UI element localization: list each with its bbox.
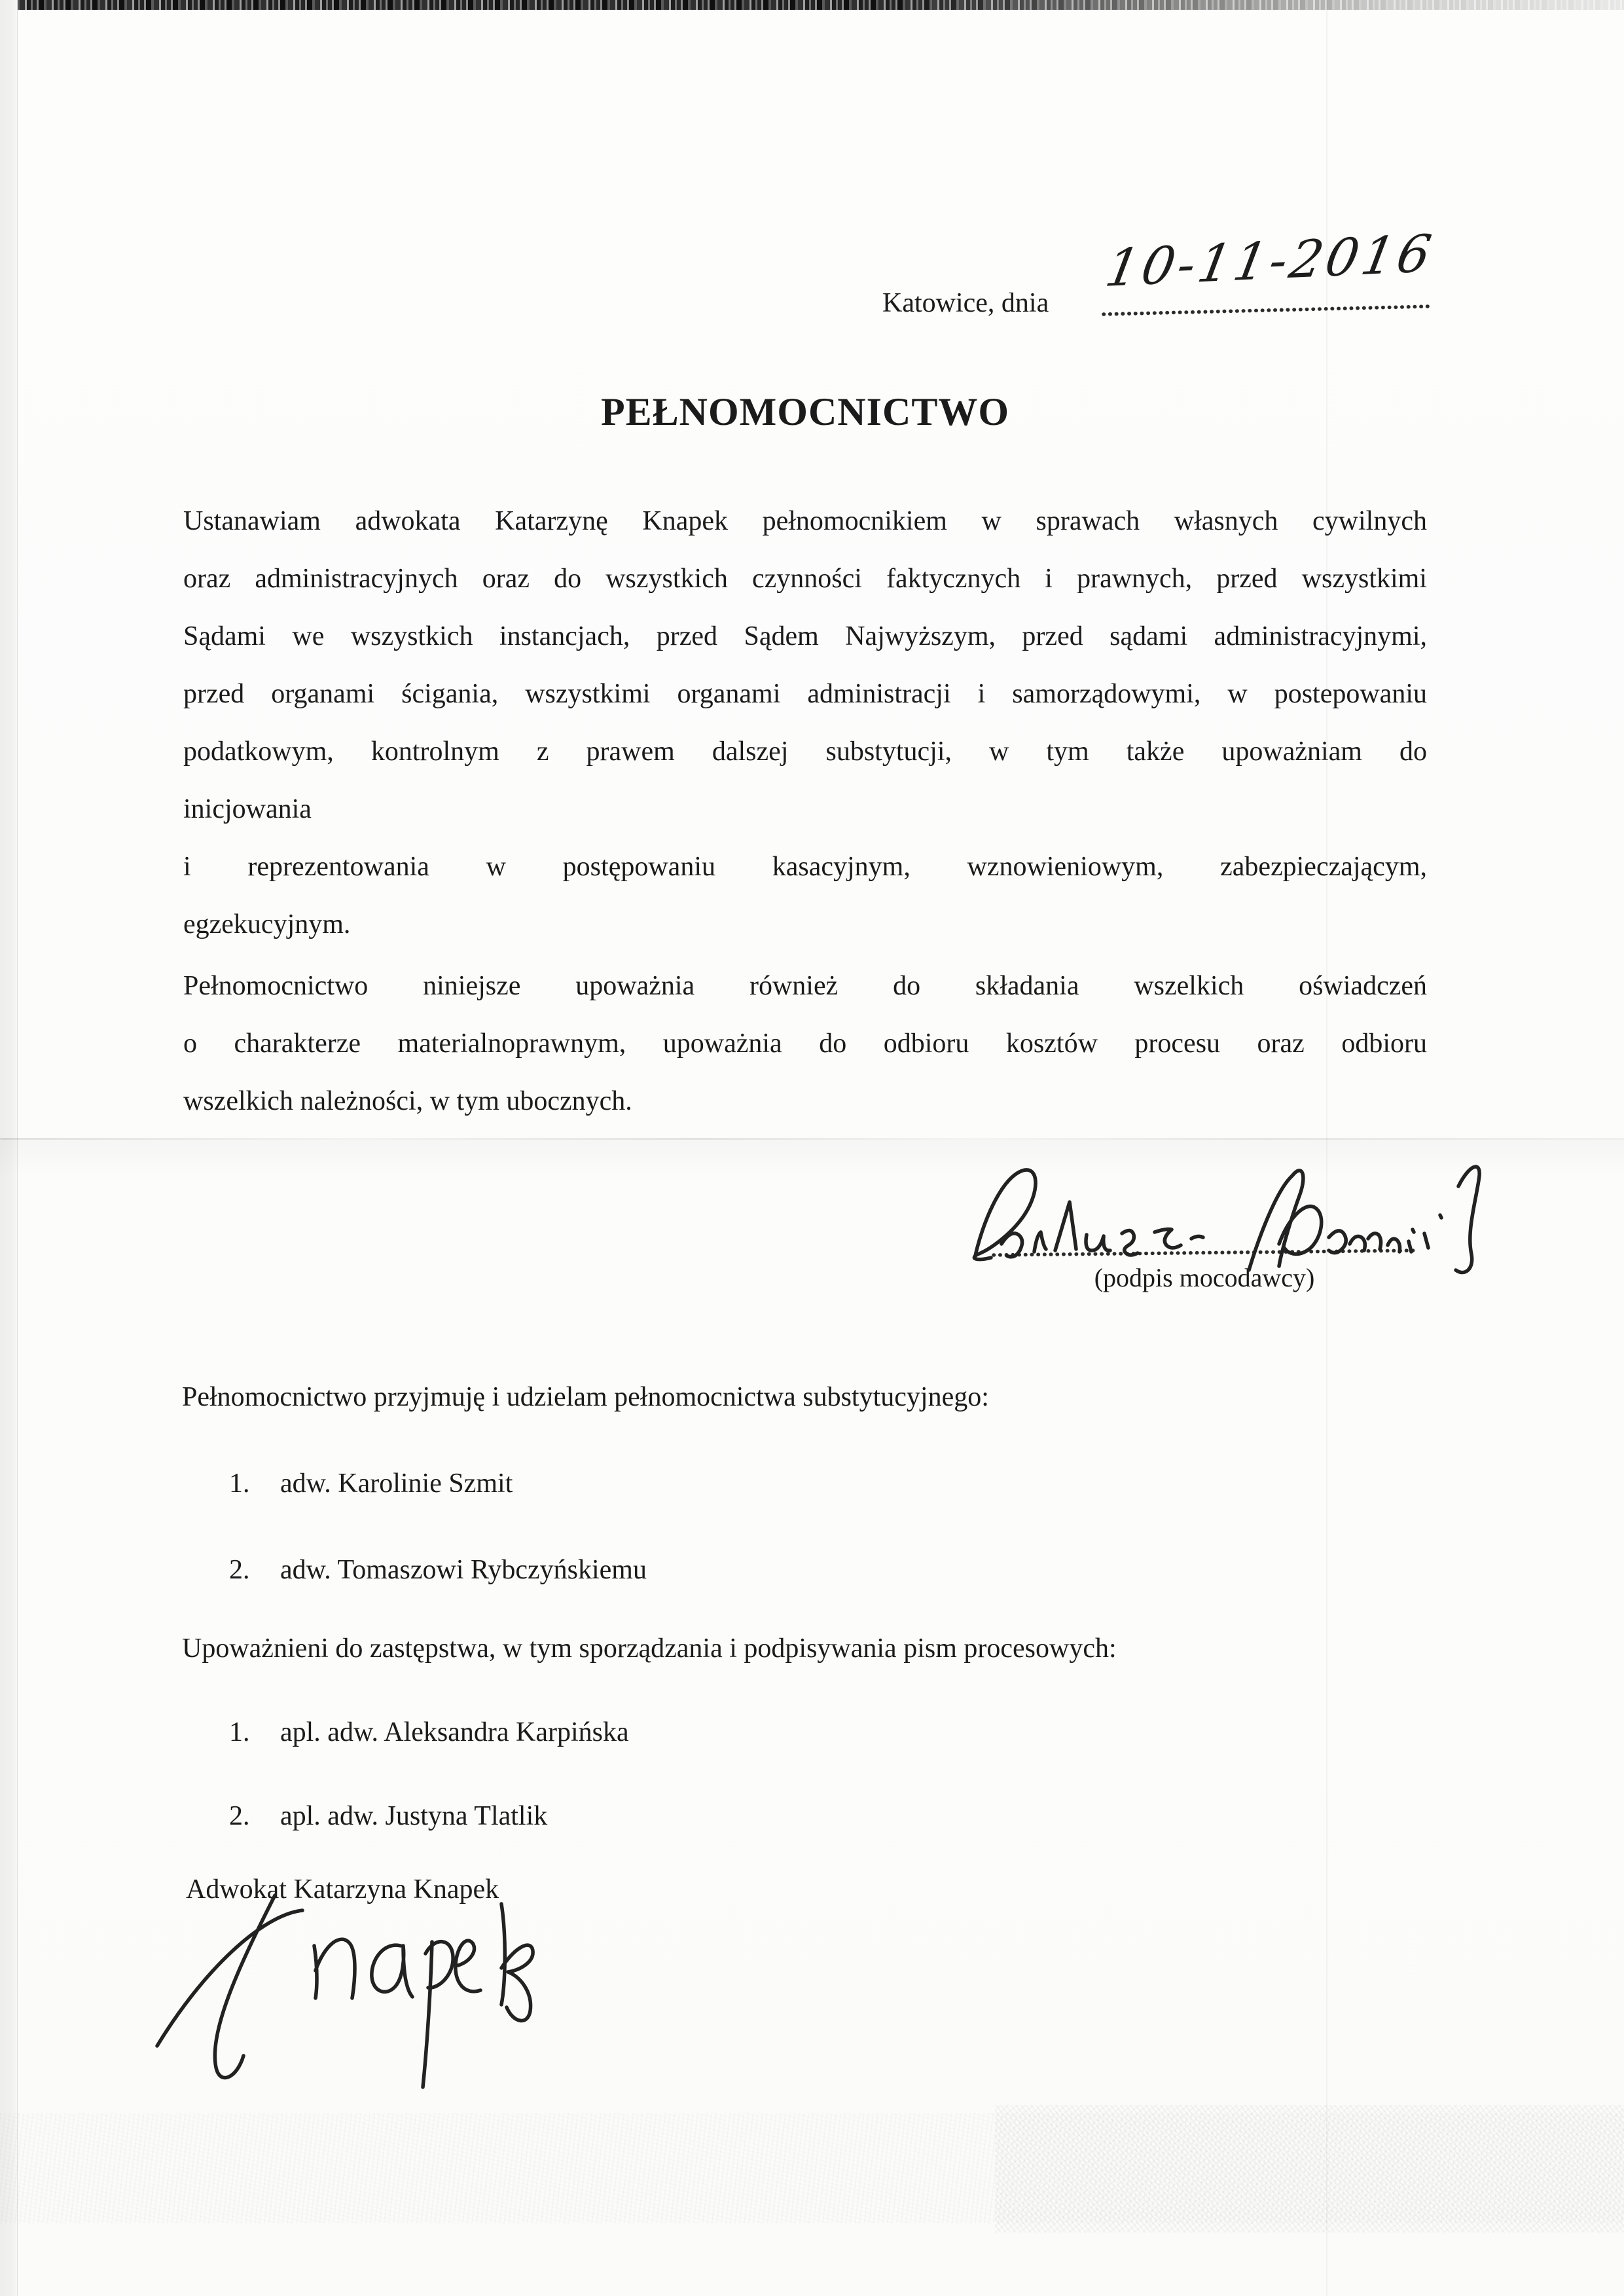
body-line: egzekucyjnym. bbox=[183, 896, 1427, 953]
body-line: o charakterze materialnoprawnym, upoważn… bbox=[183, 1015, 1427, 1072]
body-line: podatkowym, kontrolnym z prawem dalszej … bbox=[183, 723, 1427, 780]
scan-artifact-bottom-noise-right bbox=[995, 2105, 1624, 2232]
list-item-number: 1. bbox=[229, 1467, 280, 1501]
signature-dotted-line bbox=[994, 1250, 1417, 1255]
scanned-document-page: Katowice, dnia 10-11-2016 PEŁNOMOCNICTWO… bbox=[0, 0, 1624, 2296]
attorney-signature-handwriting bbox=[157, 1895, 533, 2087]
list-item: 1.apl. adw. Aleksandra Karpińska bbox=[229, 1715, 629, 1749]
deputies-intro: Upoważnieni do zastępstwa, w tym sporząd… bbox=[182, 1631, 1117, 1666]
place-date-label: Katowice, dnia bbox=[882, 287, 1049, 319]
body-line: inicjowania bbox=[183, 780, 1427, 838]
body-paragraph-1: Ustanawiam adwokata Katarzynę Knapek peł… bbox=[183, 492, 1427, 953]
attorney-name-line: Adwokat Katarzyna Knapek bbox=[186, 1872, 499, 1906]
body-line: Sądami we wszystkich instancjach, przed … bbox=[183, 608, 1427, 665]
body-paragraph-2: Pełnomocnictwo niniejsze upoważnia równi… bbox=[183, 957, 1427, 1130]
document-title: PEŁNOMOCNICTWO bbox=[183, 390, 1427, 433]
list-item-text: apl. adw. Justyna Tlatlik bbox=[280, 1801, 547, 1831]
body-line: wszelkich należności, w tym ubocznych. bbox=[183, 1072, 1427, 1130]
principal-signature-handwriting bbox=[974, 1167, 1479, 1273]
body-line: przed organami ścigania, wszystkimi orga… bbox=[183, 665, 1427, 723]
list-item: 2.apl. adw. Justyna Tlatlik bbox=[229, 1799, 547, 1833]
list-item-number: 1. bbox=[229, 1715, 280, 1749]
body-line: Ustanawiam adwokata Katarzynę Knapek peł… bbox=[183, 492, 1427, 550]
list-item-number: 2. bbox=[229, 1553, 280, 1587]
list-item-text: apl. adw. Aleksandra Karpińska bbox=[280, 1717, 629, 1747]
body-line: oraz administracyjnych oraz do wszystkic… bbox=[183, 550, 1427, 608]
list-item-text: adw. Karolinie Szmit bbox=[280, 1468, 513, 1499]
date-dotted-line bbox=[1104, 306, 1428, 314]
body-line: Pełnomocnictwo niniejsze upoważnia równi… bbox=[183, 957, 1427, 1015]
substitution-intro: Pełnomocnictwo przyjmuję i udzielam pełn… bbox=[182, 1380, 989, 1414]
principal-signature-caption: (podpis mocodawcy) bbox=[1008, 1262, 1401, 1294]
paper-crease-shadow bbox=[0, 1140, 1624, 1178]
list-item: 1.adw. Karolinie Szmit bbox=[229, 1467, 513, 1501]
scan-artifact-top-band bbox=[0, 0, 1624, 10]
list-item-text: adw. Tomaszowi Rybczyńskiemu bbox=[280, 1555, 647, 1585]
body-line: i reprezentowania w postępowaniu kasacyj… bbox=[183, 838, 1427, 896]
list-item-number: 2. bbox=[229, 1799, 280, 1833]
list-item: 2.adw. Tomaszowi Rybczyńskiemu bbox=[229, 1553, 647, 1587]
handwritten-date: 10-11-2016 bbox=[1101, 219, 1543, 299]
